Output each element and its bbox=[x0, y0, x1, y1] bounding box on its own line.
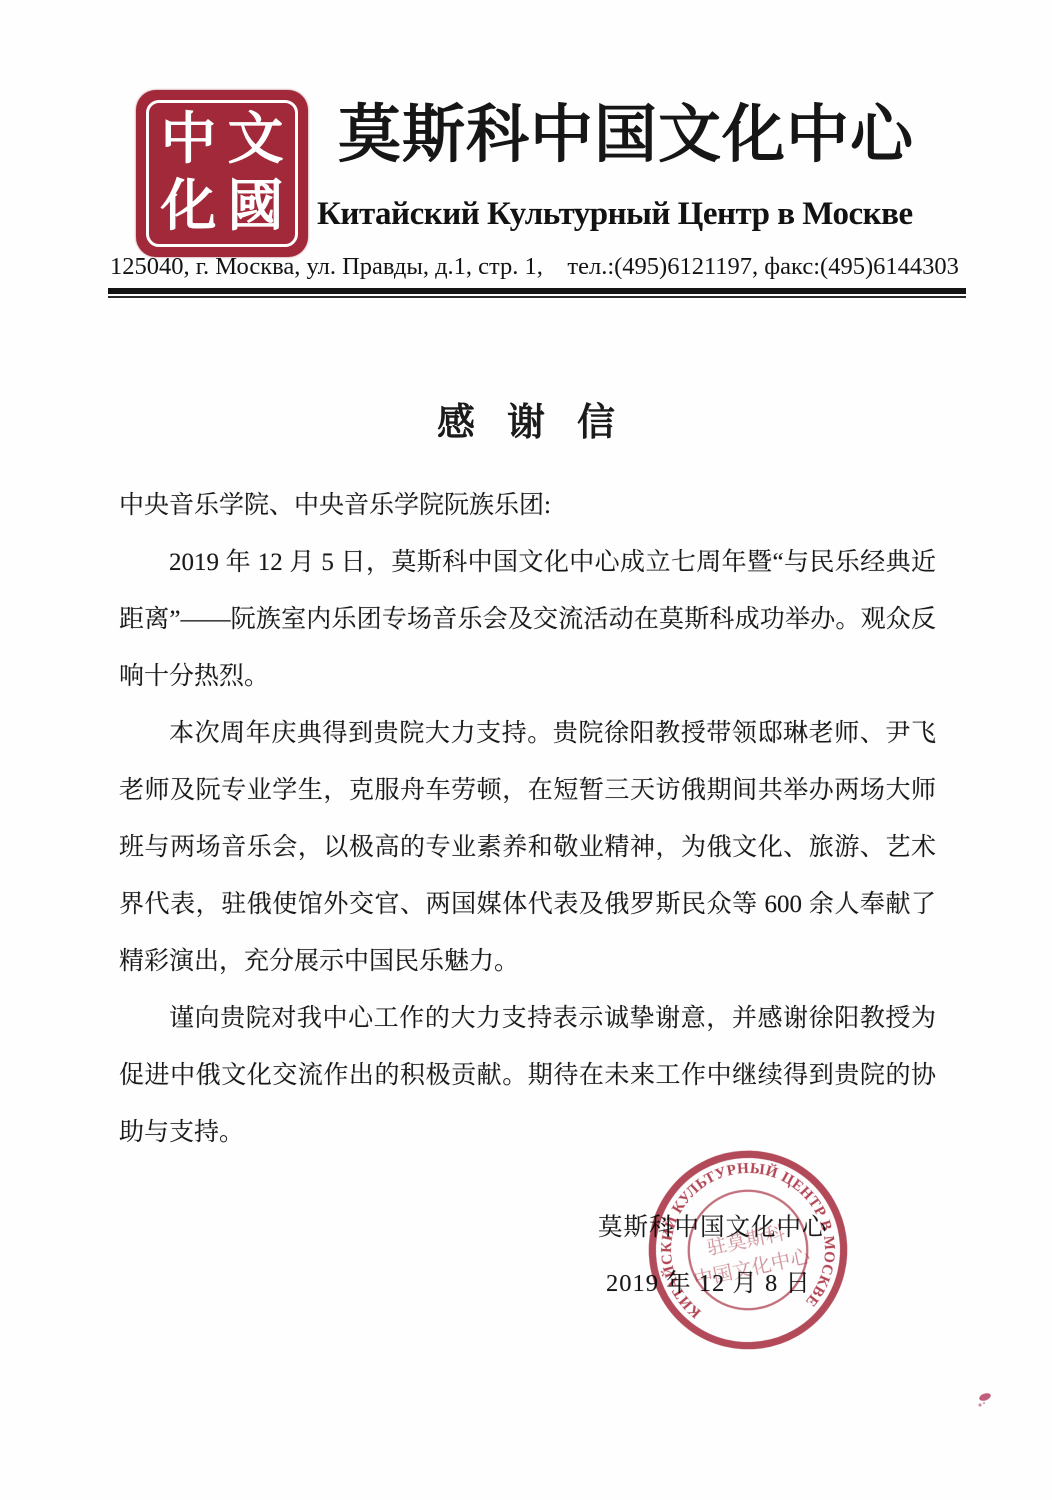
salutation: 中央音乐学院、中央音乐学院阮族乐团: bbox=[119, 477, 936, 534]
official-round-stamp: КИТАЙСКИЙ КУЛЬТУРНЫЙ ЦЕНТР В МОСКВЕ 驻莫斯科… bbox=[631, 1133, 866, 1368]
divider-thin-line bbox=[108, 296, 966, 298]
letter-page: 中 文 化 國 莫斯科中国文化中心 Китайский Культурный Ц… bbox=[0, 0, 1052, 1500]
letter-title: 感谢信 bbox=[0, 391, 1052, 446]
letter-body: 中央音乐学院、中央音乐学院阮族乐团: 2019 年 12 月 5 日，莫斯科中国… bbox=[119, 477, 936, 1161]
org-address-line: 125040, г. Москва, ул. Правды, д.1, стр.… bbox=[110, 253, 970, 281]
header-divider-rule bbox=[108, 288, 966, 298]
seal-inner-border: 中 文 化 國 bbox=[146, 100, 298, 247]
org-name-chinese: 莫斯科中国文化中心 bbox=[338, 98, 938, 174]
paragraph: 本次周年庆典得到贵院大力支持。贵院徐阳教授带领邸琳老师、尹飞老师及阮专业学生，克… bbox=[119, 705, 936, 990]
seal-char: 國 bbox=[228, 179, 284, 235]
red-ink-smudge bbox=[972, 1388, 998, 1414]
paragraph: 2019 年 12 月 5 日，莫斯科中国文化中心成立七周年暨“与民乐经典近距离… bbox=[119, 534, 936, 705]
seal-char: 化 bbox=[161, 179, 217, 235]
seal-char: 文 bbox=[228, 112, 284, 168]
china-culture-seal-logo-icon: 中 文 化 國 bbox=[136, 90, 308, 257]
seal-char: 中 bbox=[161, 112, 217, 168]
org-name-russian: Китайский Культурный Центр в Москве bbox=[317, 196, 957, 233]
divider-thick-line bbox=[108, 288, 966, 294]
